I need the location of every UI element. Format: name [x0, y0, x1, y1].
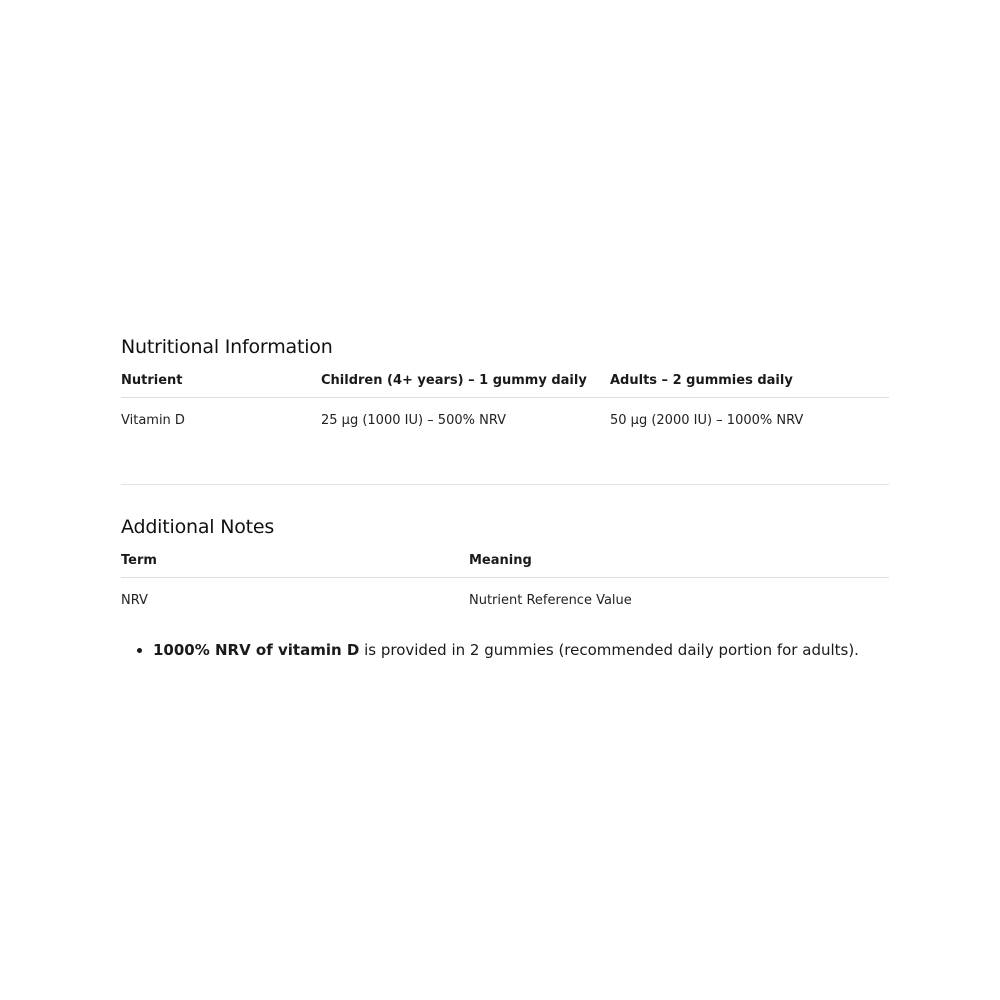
notes-bullet-list: 1000% NRV of vitamin D is provided in 2 … [121, 640, 859, 660]
table-cell: NRV [121, 578, 469, 609]
notes-heading: Additional Notes [121, 516, 274, 538]
bullet-text: is provided in 2 gummies (recommended da… [359, 641, 859, 659]
column-header: Nutrient [121, 373, 321, 398]
column-header: Adults – 2 gummies daily [610, 373, 889, 398]
table-cell: Nutrient Reference Value [469, 578, 889, 609]
column-header: Children (4+ years) – 1 gummy daily [321, 373, 610, 398]
table-cell: 25 µg (1000 IU) – 500% NRV [321, 398, 610, 429]
list-item: 1000% NRV of vitamin D is provided in 2 … [153, 640, 859, 660]
table-cell: Vitamin D [121, 398, 321, 429]
column-header: Term [121, 553, 469, 578]
nutrition-table: Nutrient Children (4+ years) – 1 gummy d… [121, 373, 889, 428]
nutrition-heading: Nutritional Information [121, 336, 333, 358]
column-header: Meaning [469, 553, 889, 578]
bullet-bold-text: 1000% NRV of vitamin D [153, 641, 359, 659]
table-row: Vitamin D 25 µg (1000 IU) – 500% NRV 50 … [121, 398, 889, 429]
table-cell: 50 µg (2000 IU) – 1000% NRV [610, 398, 889, 429]
section-divider [121, 484, 889, 485]
table-header-row: Nutrient Children (4+ years) – 1 gummy d… [121, 373, 889, 398]
notes-table: Term Meaning NRV Nutrient Reference Valu… [121, 553, 889, 608]
table-header-row: Term Meaning [121, 553, 889, 578]
table-row: NRV Nutrient Reference Value [121, 578, 889, 609]
